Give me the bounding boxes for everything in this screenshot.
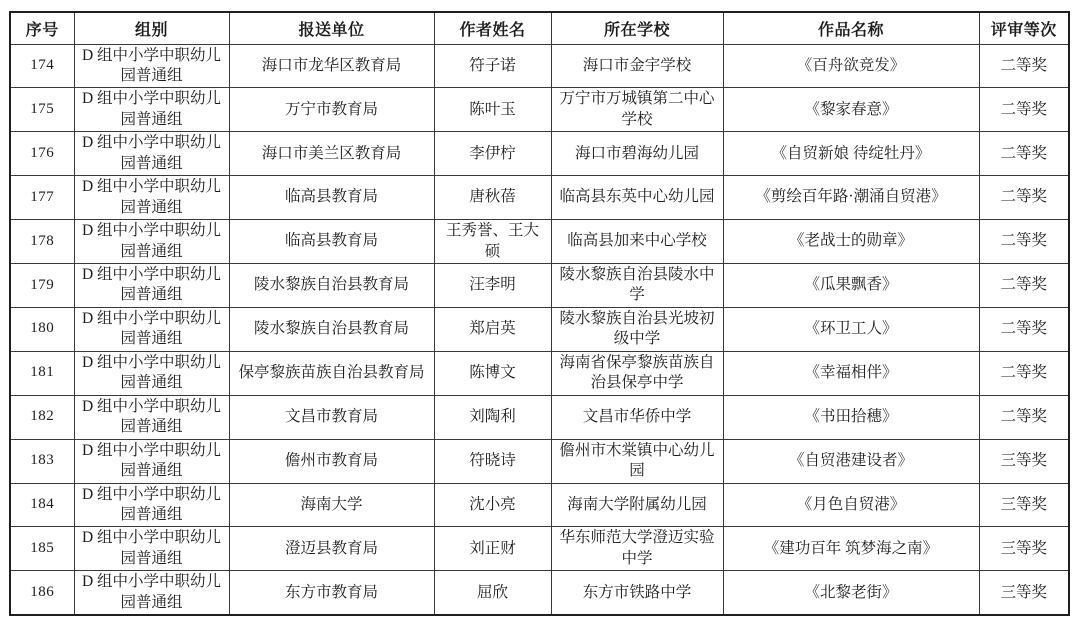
cell-school: 陵水黎族自治县陵水中学 <box>551 264 723 308</box>
cell-no: 183 <box>10 439 74 483</box>
cell-unit: 东方市教育局 <box>229 571 434 615</box>
cell-author: 刘正财 <box>434 527 551 571</box>
table-row: 186D 组中小学中职幼儿园普通组东方市教育局屈欣东方市铁路中学《北黎老街》三等… <box>10 571 1069 615</box>
cell-group: D 组中小学中职幼儿园普通组 <box>74 44 229 88</box>
cell-title: 《自贸新娘 待绽牡丹》 <box>723 132 979 176</box>
cell-award: 二等奖 <box>979 264 1069 308</box>
cell-title: 《百舟欲竞发》 <box>723 44 979 88</box>
column-header-no: 序号 <box>10 12 74 44</box>
column-header-group: 组别 <box>74 12 229 44</box>
cell-no: 184 <box>10 483 74 527</box>
cell-no: 177 <box>10 176 74 220</box>
cell-title: 《老战士的勋章》 <box>723 220 979 264</box>
cell-school: 万宁市万城镇第二中心学校 <box>551 88 723 132</box>
cell-no: 186 <box>10 571 74 615</box>
table-row: 181D 组中小学中职幼儿园普通组保亭黎族苗族自治县教育局陈博文海南省保亭黎族苗… <box>10 351 1069 395</box>
cell-title: 《瓜果飘香》 <box>723 264 979 308</box>
cell-no: 179 <box>10 264 74 308</box>
table-row: 184D 组中小学中职幼儿园普通组海南大学沈小亮海南大学附属幼儿园《月色自贸港》… <box>10 483 1069 527</box>
cell-author: 汪李明 <box>434 264 551 308</box>
cell-author: 陈叶玉 <box>434 88 551 132</box>
cell-author: 陈博文 <box>434 351 551 395</box>
cell-group: D 组中小学中职幼儿园普通组 <box>74 264 229 308</box>
cell-no: 174 <box>10 44 74 88</box>
cell-unit: 陵水黎族自治县教育局 <box>229 307 434 351</box>
cell-unit: 海南大学 <box>229 483 434 527</box>
cell-author: 李伊柠 <box>434 132 551 176</box>
cell-title: 《幸福相伴》 <box>723 351 979 395</box>
table-row: 177D 组中小学中职幼儿园普通组临高县教育局唐秋蓓临高县东英中心幼儿园《剪绘百… <box>10 176 1069 220</box>
column-header-award: 评审等次 <box>979 12 1069 44</box>
cell-group: D 组中小学中职幼儿园普通组 <box>74 88 229 132</box>
table-header-row: 序号 组别 报送单位 作者姓名 所在学校 作品名称 评审等次 <box>10 12 1069 44</box>
cell-group: D 组中小学中职幼儿园普通组 <box>74 307 229 351</box>
cell-school: 华东师范大学澄迈实验中学 <box>551 527 723 571</box>
cell-unit: 临高县教育局 <box>229 220 434 264</box>
cell-unit: 万宁市教育局 <box>229 88 434 132</box>
table-row: 176D 组中小学中职幼儿园普通组海口市美兰区教育局李伊柠海口市碧海幼儿园《自贸… <box>10 132 1069 176</box>
cell-author: 符晓诗 <box>434 439 551 483</box>
cell-award: 三等奖 <box>979 483 1069 527</box>
cell-title: 《书田拾穗》 <box>723 395 979 439</box>
cell-author: 郑启英 <box>434 307 551 351</box>
column-header-author: 作者姓名 <box>434 12 551 44</box>
cell-award: 二等奖 <box>979 351 1069 395</box>
cell-school: 东方市铁路中学 <box>551 571 723 615</box>
cell-unit: 海口市美兰区教育局 <box>229 132 434 176</box>
cell-award: 二等奖 <box>979 395 1069 439</box>
cell-award: 二等奖 <box>979 88 1069 132</box>
cell-group: D 组中小学中职幼儿园普通组 <box>74 439 229 483</box>
cell-author: 屈欣 <box>434 571 551 615</box>
cell-award: 三等奖 <box>979 439 1069 483</box>
cell-no: 185 <box>10 527 74 571</box>
cell-no: 180 <box>10 307 74 351</box>
cell-school: 海口市金宇学校 <box>551 44 723 88</box>
cell-author: 王秀誉、王大硕 <box>434 220 551 264</box>
cell-award: 二等奖 <box>979 176 1069 220</box>
cell-unit: 海口市龙华区教育局 <box>229 44 434 88</box>
cell-no: 181 <box>10 351 74 395</box>
column-header-title: 作品名称 <box>723 12 979 44</box>
cell-award: 三等奖 <box>979 571 1069 615</box>
table-row: 178D 组中小学中职幼儿园普通组临高县教育局王秀誉、王大硕临高县加来中心学校《… <box>10 220 1069 264</box>
cell-title: 《月色自贸港》 <box>723 483 979 527</box>
cell-school: 文昌市华侨中学 <box>551 395 723 439</box>
cell-unit: 澄迈县教育局 <box>229 527 434 571</box>
table-row: 179D 组中小学中职幼儿园普通组陵水黎族自治县教育局汪李明陵水黎族自治县陵水中… <box>10 264 1069 308</box>
column-header-school: 所在学校 <box>551 12 723 44</box>
cell-group: D 组中小学中职幼儿园普通组 <box>74 220 229 264</box>
cell-author: 沈小亮 <box>434 483 551 527</box>
cell-award: 二等奖 <box>979 132 1069 176</box>
cell-unit: 陵水黎族自治县教育局 <box>229 264 434 308</box>
cell-no: 175 <box>10 88 74 132</box>
cell-group: D 组中小学中职幼儿园普通组 <box>74 351 229 395</box>
document-page: 序号 组别 报送单位 作者姓名 所在学校 作品名称 评审等次 174D 组中小学… <box>0 0 1080 624</box>
cell-title: 《剪绘百年路·潮涌自贸港》 <box>723 176 979 220</box>
column-header-unit: 报送单位 <box>229 12 434 44</box>
cell-author: 刘陶利 <box>434 395 551 439</box>
table-row: 175D 组中小学中职幼儿园普通组万宁市教育局陈叶玉万宁市万城镇第二中心学校《黎… <box>10 88 1069 132</box>
cell-group: D 组中小学中职幼儿园普通组 <box>74 132 229 176</box>
cell-group: D 组中小学中职幼儿园普通组 <box>74 527 229 571</box>
table-body: 174D 组中小学中职幼儿园普通组海口市龙华区教育局符子诺海口市金宇学校《百舟欲… <box>10 44 1069 615</box>
cell-title: 《建功百年 筑梦海之南》 <box>723 527 979 571</box>
cell-unit: 儋州市教育局 <box>229 439 434 483</box>
cell-title: 《黎家春意》 <box>723 88 979 132</box>
cell-group: D 组中小学中职幼儿园普通组 <box>74 571 229 615</box>
cell-school: 陵水黎族自治县光坡初级中学 <box>551 307 723 351</box>
table-row: 174D 组中小学中职幼儿园普通组海口市龙华区教育局符子诺海口市金宇学校《百舟欲… <box>10 44 1069 88</box>
table-row: 180D 组中小学中职幼儿园普通组陵水黎族自治县教育局郑启英陵水黎族自治县光坡初… <box>10 307 1069 351</box>
cell-school: 临高县东英中心幼儿园 <box>551 176 723 220</box>
cell-no: 176 <box>10 132 74 176</box>
cell-school: 海南省保亭黎族苗族自治县保亭中学 <box>551 351 723 395</box>
cell-award: 二等奖 <box>979 307 1069 351</box>
cell-school: 海口市碧海幼儿园 <box>551 132 723 176</box>
cell-no: 178 <box>10 220 74 264</box>
cell-author: 唐秋蓓 <box>434 176 551 220</box>
cell-title: 《环卫工人》 <box>723 307 979 351</box>
cell-school: 儋州市木棠镇中心幼儿园 <box>551 439 723 483</box>
table-row: 185D 组中小学中职幼儿园普通组澄迈县教育局刘正财华东师范大学澄迈实验中学《建… <box>10 527 1069 571</box>
cell-group: D 组中小学中职幼儿园普通组 <box>74 483 229 527</box>
cell-title: 《自贸港建设者》 <box>723 439 979 483</box>
cell-unit: 文昌市教育局 <box>229 395 434 439</box>
award-results-table: 序号 组别 报送单位 作者姓名 所在学校 作品名称 评审等次 174D 组中小学… <box>9 11 1070 616</box>
cell-school: 临高县加来中心学校 <box>551 220 723 264</box>
cell-group: D 组中小学中职幼儿园普通组 <box>74 176 229 220</box>
cell-award: 三等奖 <box>979 527 1069 571</box>
cell-author: 符子诺 <box>434 44 551 88</box>
cell-award: 二等奖 <box>979 44 1069 88</box>
cell-group: D 组中小学中职幼儿园普通组 <box>74 395 229 439</box>
cell-unit: 临高县教育局 <box>229 176 434 220</box>
cell-no: 182 <box>10 395 74 439</box>
cell-school: 海南大学附属幼儿园 <box>551 483 723 527</box>
table-row: 183D 组中小学中职幼儿园普通组儋州市教育局符晓诗儋州市木棠镇中心幼儿园《自贸… <box>10 439 1069 483</box>
table-row: 182D 组中小学中职幼儿园普通组文昌市教育局刘陶利文昌市华侨中学《书田拾穗》二… <box>10 395 1069 439</box>
cell-title: 《北黎老街》 <box>723 571 979 615</box>
cell-award: 二等奖 <box>979 220 1069 264</box>
cell-unit: 保亭黎族苗族自治县教育局 <box>229 351 434 395</box>
